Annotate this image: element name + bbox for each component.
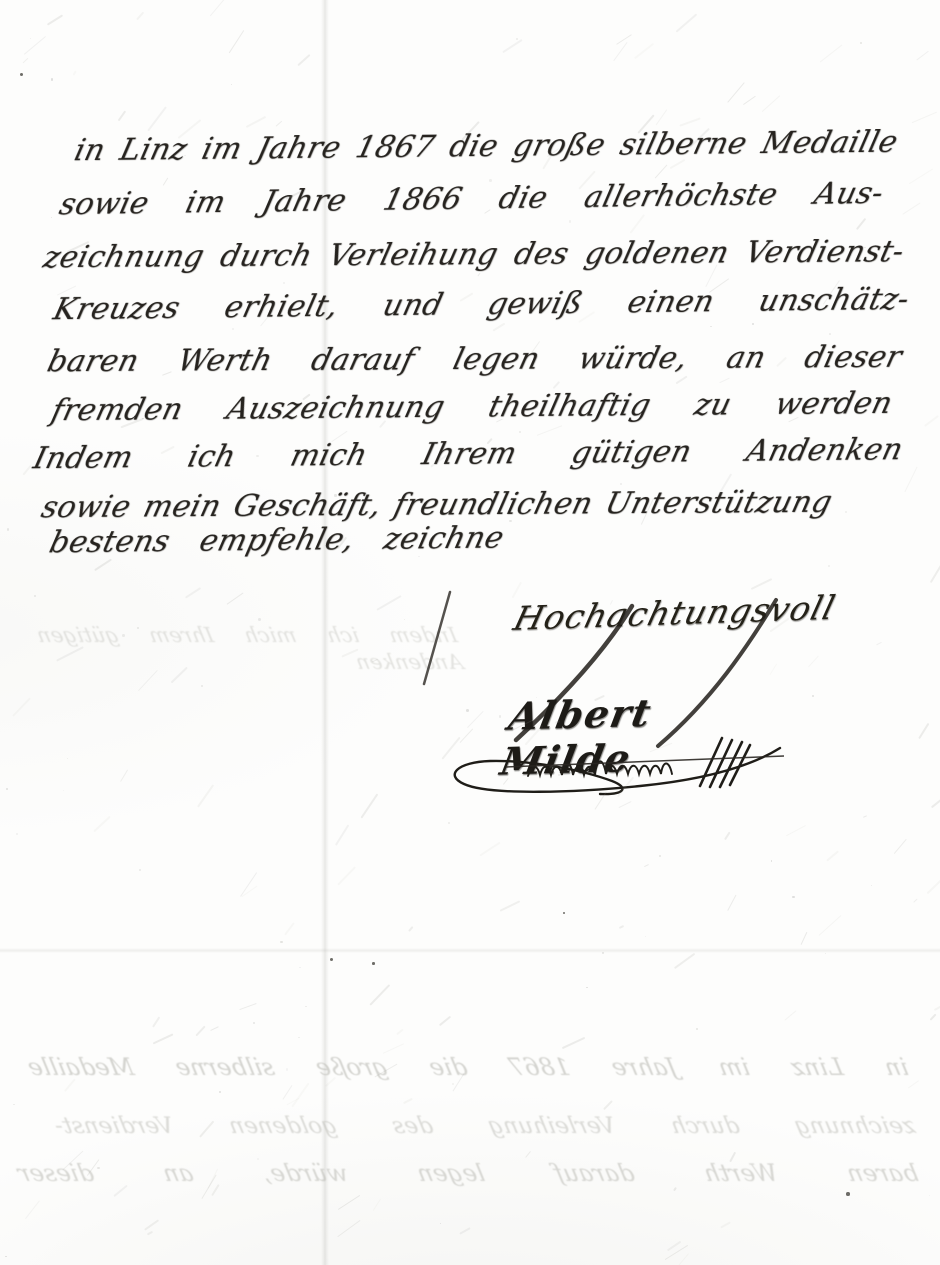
handwritten-line-1: in Linz im Jahre 1867 die große silberne…	[70, 123, 901, 170]
letter-page: Indem ich mich Ihrem gütigen Andenken in…	[0, 0, 940, 1265]
horizontal-fold-crease	[0, 948, 940, 953]
handwritten-line-4: Kreuzes erhielt, und gewiß einen unschät…	[49, 281, 913, 329]
handwritten-line-9: bestens empfehle, zeichne	[45, 519, 507, 562]
closing-salutation: Hochachtungsvoll	[510, 589, 804, 638]
show-through-ghost: in Linz im Jahre 1867 die große silberne…	[25, 1052, 911, 1082]
handwritten-line-5: baren Werth darauf legen würde, an diese…	[43, 339, 905, 381]
handwritten-line-3: zeichnung durch Verleihung des goldenen …	[39, 233, 908, 277]
signature-name: Albert Milde	[497, 686, 789, 783]
show-through-ghost: Indem ich mich Ihrem gütigen Andenken	[34, 622, 465, 676]
handwritten-line-6: fremden Auszeichnung theilhaftig zu werd…	[47, 385, 896, 430]
handwritten-line-7: Indem ich mich Ihrem gütigen Andenken	[29, 431, 906, 478]
show-through-ghost: zeichnung durch Verleihung des goldenen …	[52, 1112, 918, 1141]
handwritten-line-2: sowie im Jahre 1866 die allerhöchste Aus…	[56, 175, 888, 224]
show-through-ghost: baren Werth darauf legen würde, an diese…	[15, 1158, 921, 1188]
